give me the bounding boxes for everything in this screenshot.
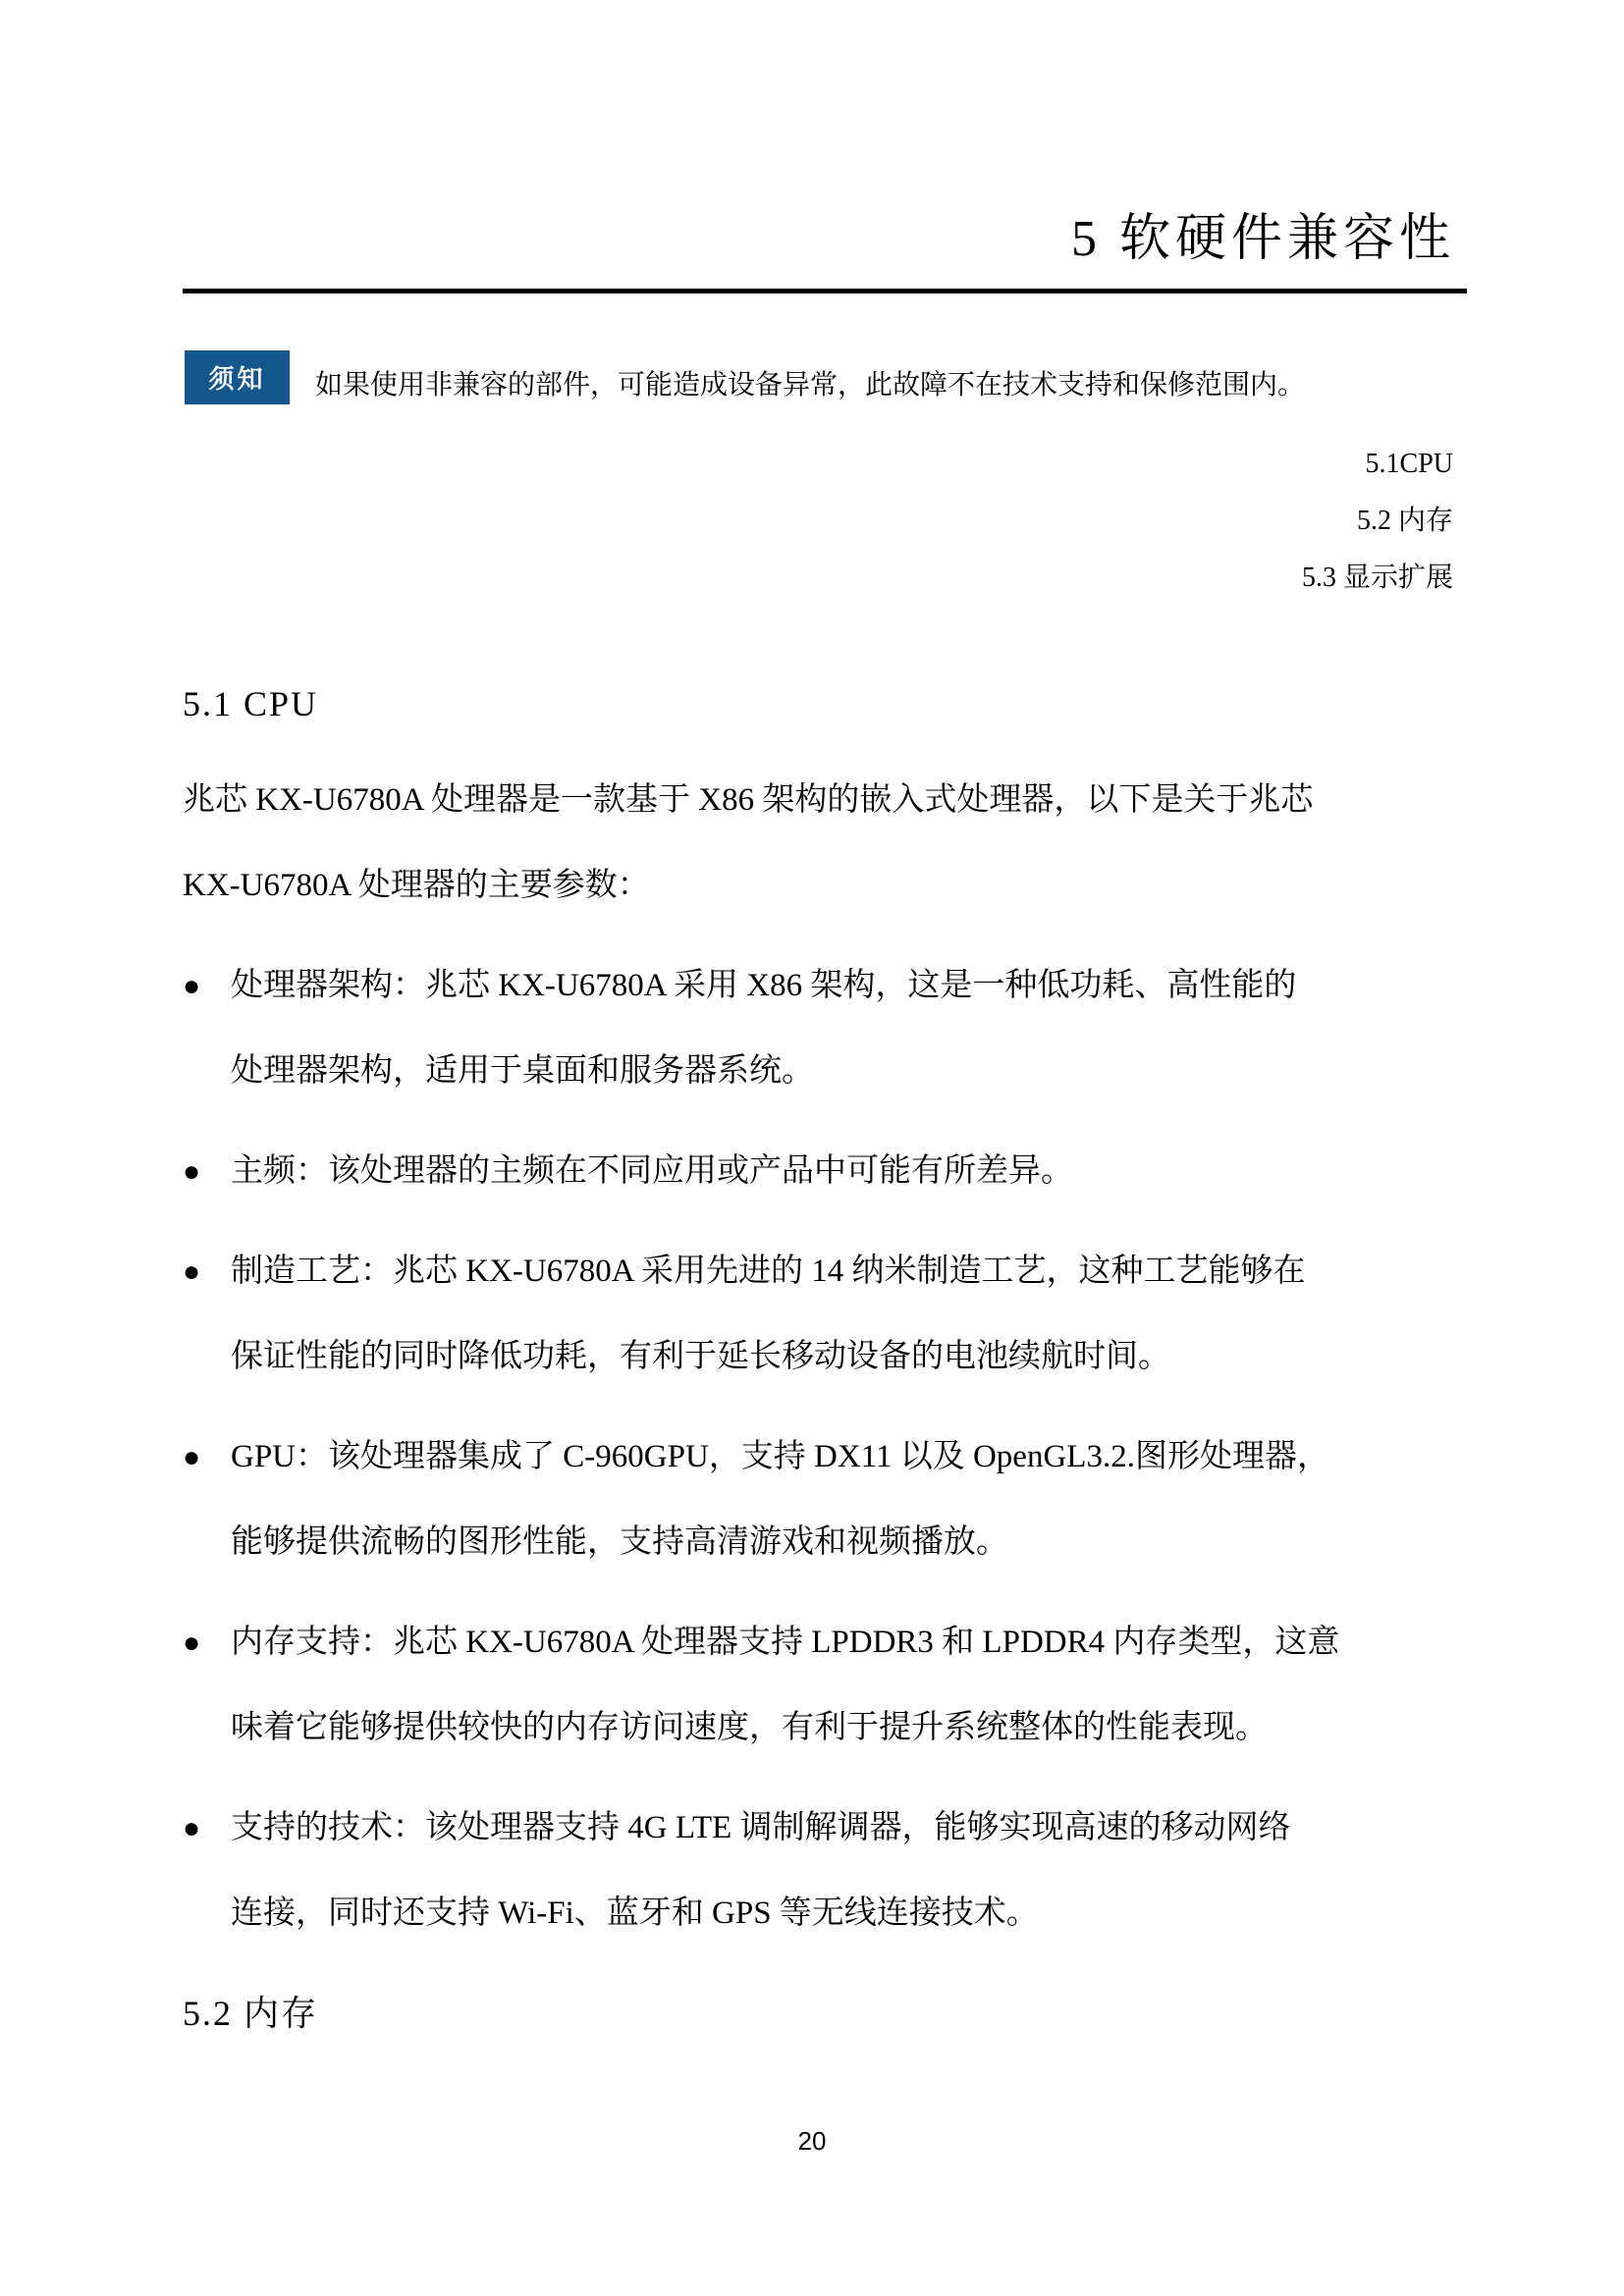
bullet-item-memory-support: ● 内存支持：兆芯 KX-U6780A 处理器支持 LPDDR3 和 LPDDR…: [183, 1600, 1469, 1771]
notice-box: 须知 如果使用非兼容的部件，可能造成设备异常，此故障不在技术支持和保修范围内。: [185, 350, 1305, 404]
text-line: 主频：该处理器的主频在不同应用或产品中可能有所差异。: [231, 1129, 1469, 1214]
section-heading-memory: 5.2 内存: [183, 1971, 1469, 2056]
bullet-item-technologies: ● 支持的技术：该处理器支持 4G LTE 调制解调器，能够实现高速的移动网络 …: [183, 1786, 1469, 1956]
bullet-item-frequency: ● 主频：该处理器的主频在不同应用或产品中可能有所差异。: [183, 1129, 1469, 1214]
notice-text: 如果使用非兼容的部件，可能造成设备异常，此故障不在技术支持和保修范围内。: [315, 369, 1305, 404]
bullet-text: 处理器架构：兆芯 KX-U6780A 采用 X86 架构，这是一种低功耗、高性能…: [231, 943, 1469, 1114]
bullet-item-architecture: ● 处理器架构：兆芯 KX-U6780A 采用 X86 架构，这是一种低功耗、高…: [183, 943, 1469, 1114]
page-number: 20: [0, 2126, 1624, 2157]
text-line: KX-U6780A 处理器的主要参数：: [183, 843, 1469, 929]
document-page: 5 软硬件兼容性 须知 如果使用非兼容的部件，可能造成设备异常，此故障不在技术支…: [0, 0, 1624, 2296]
bullet-text: 内存支持：兆芯 KX-U6780A 处理器支持 LPDDR3 和 LPDDR4 …: [231, 1600, 1469, 1771]
bullet-text: 支持的技术：该处理器支持 4G LTE 调制解调器，能够实现高速的移动网络 连接…: [231, 1786, 1469, 1956]
text-line: 支持的技术：该处理器支持 4G LTE 调制解调器，能够实现高速的移动网络: [231, 1786, 1469, 1871]
bullet-icon: ●: [183, 1786, 231, 1956]
section-heading-cpu: 5.1 CPU: [183, 662, 1469, 746]
text-line: 能够提供流畅的图形性能，支持高清游戏和视频播放。: [231, 1500, 1469, 1585]
text-line: 连接，同时还支持 Wi-Fi、蓝牙和 GPS 等无线连接技术。: [231, 1871, 1469, 1956]
text-line: 处理器架构：兆芯 KX-U6780A 采用 X86 架构，这是一种低功耗、高性能…: [231, 943, 1469, 1029]
text-line: 味着它能够提供较快的内存访问速度，有利于提升系统整体的性能表现。: [231, 1685, 1469, 1771]
toc-link-cpu[interactable]: 5.1CPU: [1302, 436, 1453, 493]
cpu-intro-paragraph: 兆芯 KX-U6780A 处理器是一款基于 X86 架构的嵌入式处理器，以下是关…: [183, 758, 1469, 929]
bullet-icon: ●: [183, 1129, 231, 1214]
toc-link-display-extension[interactable]: 5.3 显示扩展: [1302, 550, 1453, 607]
text-line: 保证性能的同时降低功耗，有利于延长移动设备的电池续航时间。: [231, 1314, 1469, 1400]
bullet-icon: ●: [183, 943, 231, 1114]
notice-badge: 须知: [185, 350, 290, 404]
toc-link-memory[interactable]: 5.2 内存: [1302, 493, 1453, 550]
bullet-icon: ●: [183, 1415, 231, 1585]
text-line: 内存支持：兆芯 KX-U6780A 处理器支持 LPDDR3 和 LPDDR4 …: [231, 1600, 1469, 1685]
text-line: 制造工艺：兆芯 KX-U6780A 采用先进的 14 纳米制造工艺，这种工艺能够…: [231, 1229, 1469, 1314]
bullet-item-gpu: ● GPU：该处理器集成了 C-960GPU，支持 DX11 以及 OpenGL…: [183, 1415, 1469, 1585]
toc-links: 5.1CPU 5.2 内存 5.3 显示扩展: [1302, 436, 1453, 607]
title-divider: [183, 289, 1467, 294]
bullet-icon: ●: [183, 1600, 231, 1771]
text-line: 处理器架构，适用于桌面和服务器系统。: [231, 1029, 1469, 1114]
chapter-title: 5 软硬件兼容性: [1071, 196, 1455, 270]
text-line: GPU：该处理器集成了 C-960GPU，支持 DX11 以及 OpenGL3.…: [231, 1415, 1469, 1500]
bullet-text: 制造工艺：兆芯 KX-U6780A 采用先进的 14 纳米制造工艺，这种工艺能够…: [231, 1229, 1469, 1400]
bullet-text: 主频：该处理器的主频在不同应用或产品中可能有所差异。: [231, 1129, 1469, 1214]
bullet-icon: ●: [183, 1229, 231, 1400]
bullet-text: GPU：该处理器集成了 C-960GPU，支持 DX11 以及 OpenGL3.…: [231, 1415, 1469, 1585]
bullet-item-process: ● 制造工艺：兆芯 KX-U6780A 采用先进的 14 纳米制造工艺，这种工艺…: [183, 1229, 1469, 1400]
text-line: 兆芯 KX-U6780A 处理器是一款基于 X86 架构的嵌入式处理器，以下是关…: [183, 758, 1469, 843]
page-content: 5.1 CPU 兆芯 KX-U6780A 处理器是一款基于 X86 架构的嵌入式…: [183, 662, 1469, 2056]
